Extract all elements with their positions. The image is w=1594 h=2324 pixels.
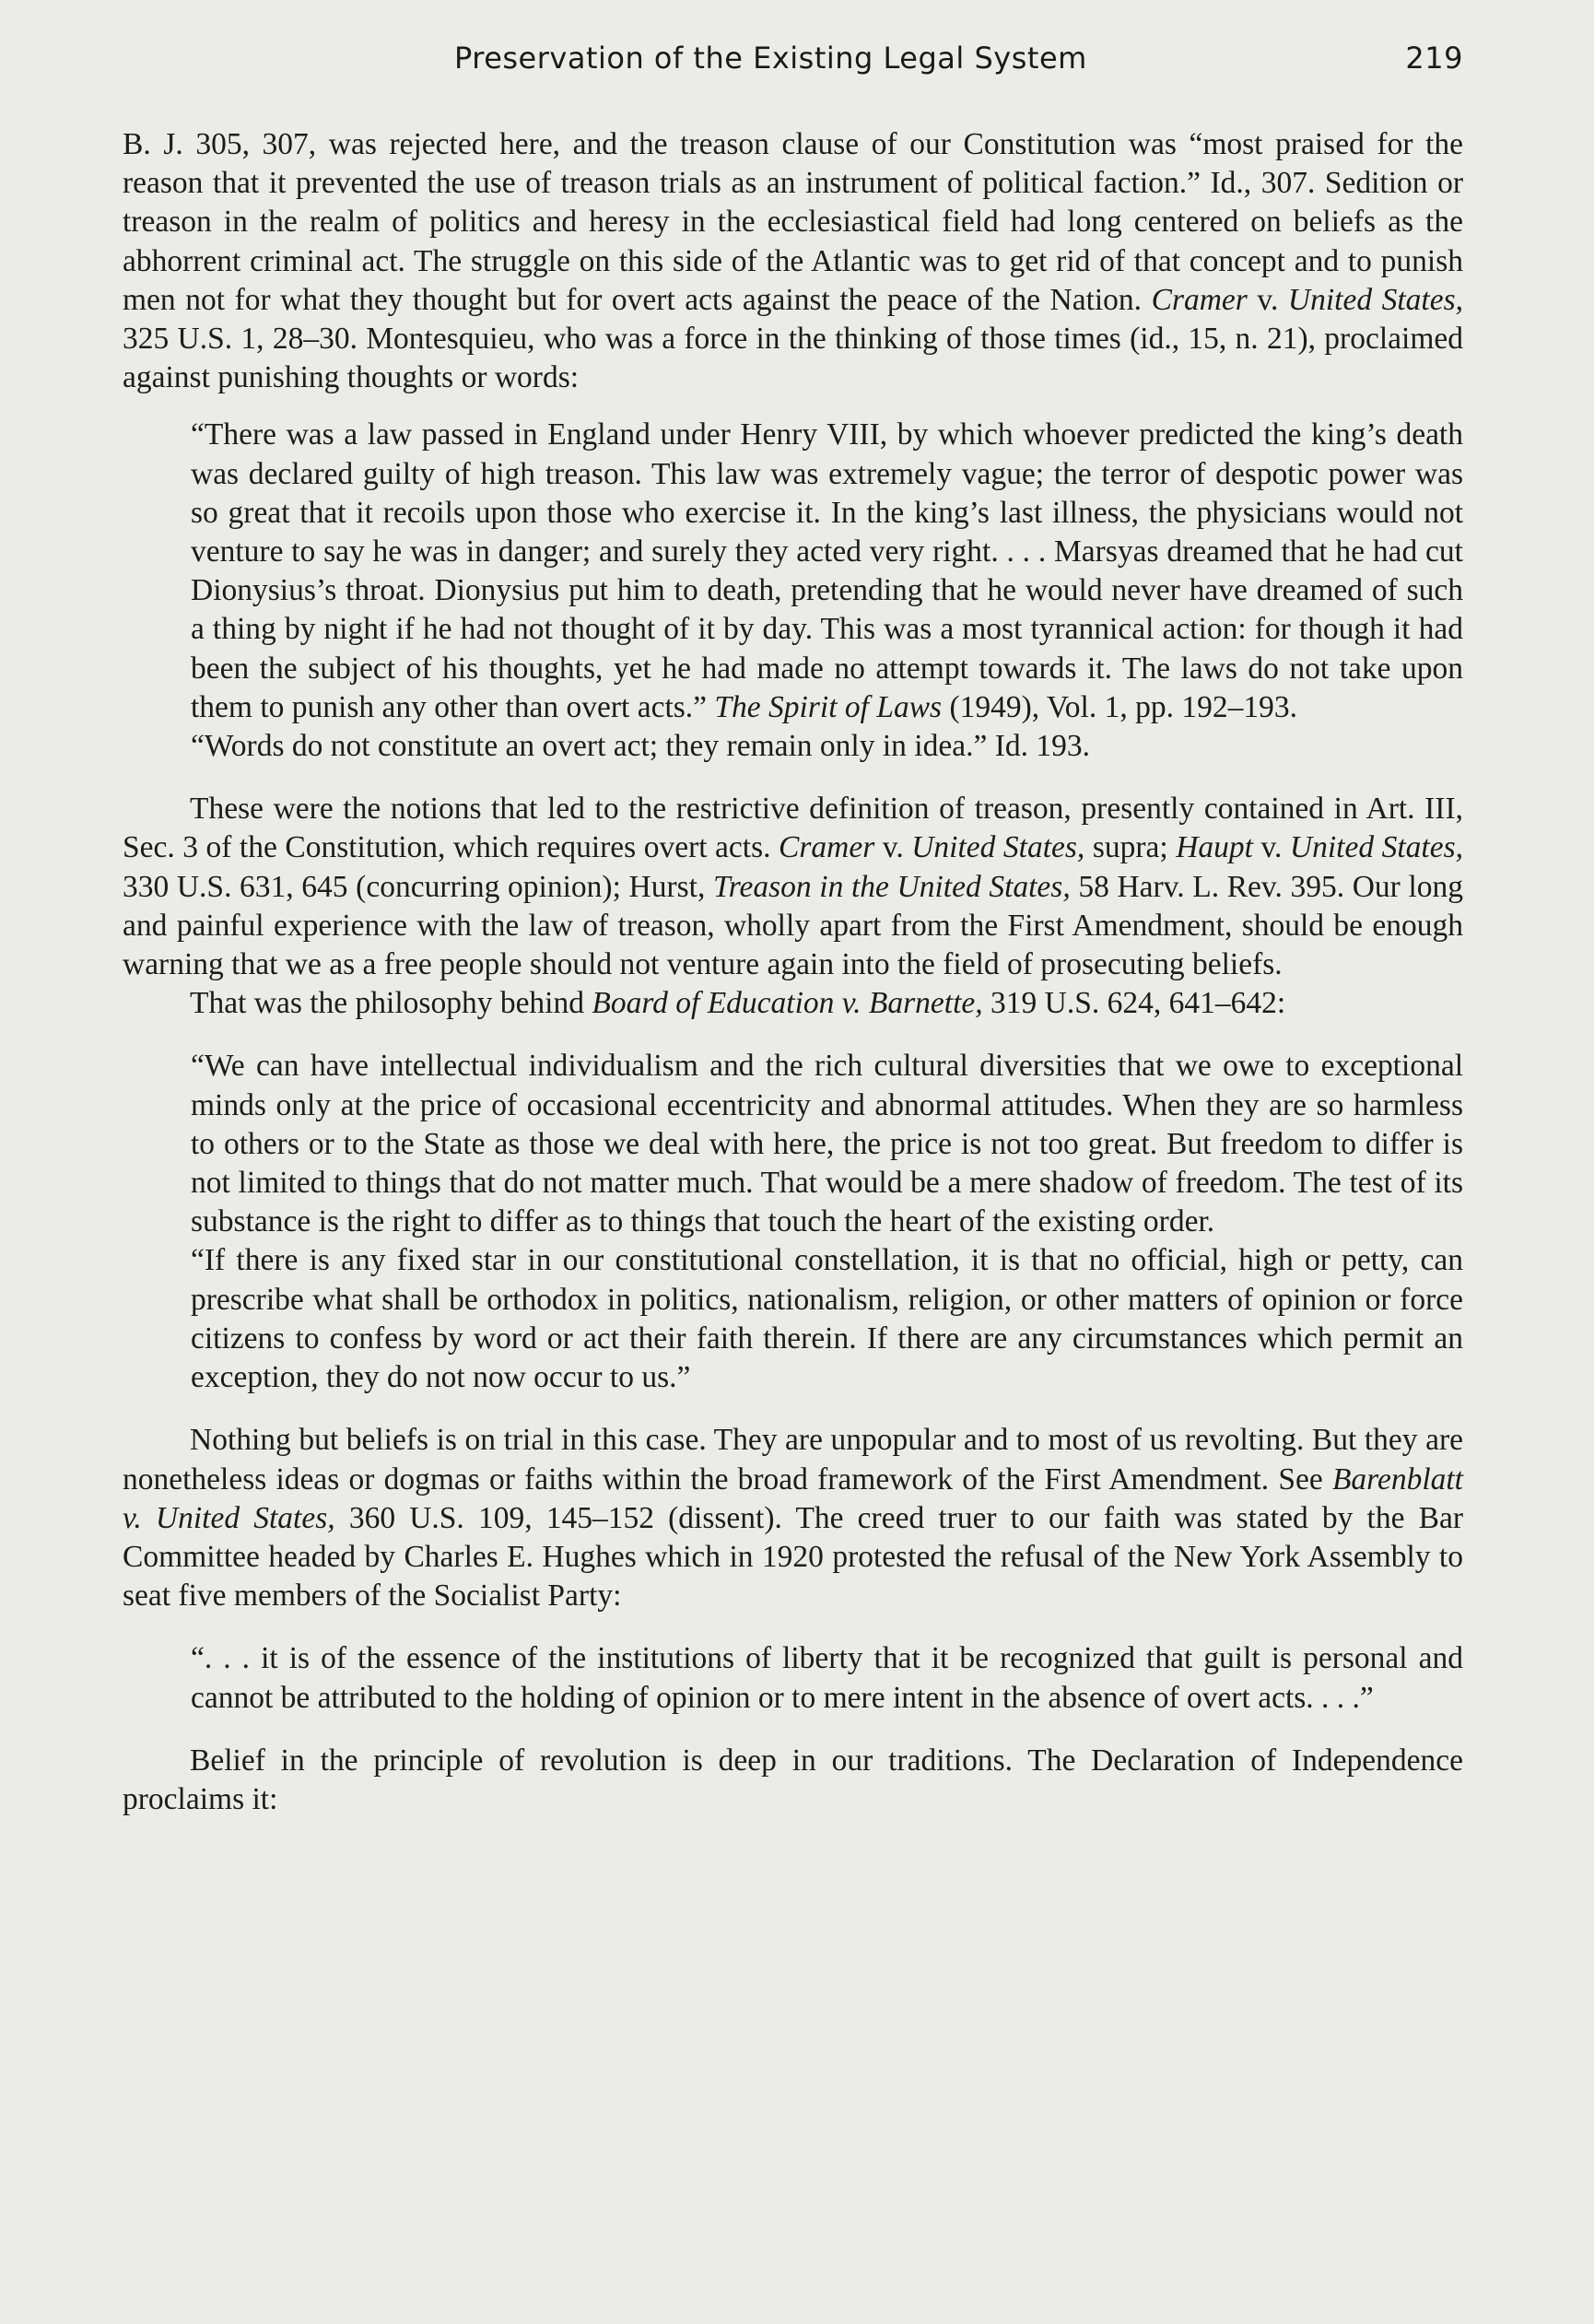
text-run: (1949), Vol. 1, pp. 192–193. (942, 690, 1297, 724)
text-run: “Words do not constitute an overt act; t… (191, 729, 1090, 763)
citation-italic: United States, (911, 830, 1084, 864)
paragraph: That was the philosophy behind Board of … (123, 984, 1463, 1023)
block-quote: “Words do not constitute an overt act; t… (191, 727, 1463, 766)
book-page: Preservation of the Existing Legal Syste… (0, 0, 1594, 2324)
text-run: “If there is any fixed star in our const… (191, 1243, 1463, 1394)
paragraph: B. J. 305, 307, was rejected here, and t… (123, 125, 1463, 397)
paragraph: Belief in the principle of revolution is… (123, 1742, 1463, 1819)
text-run: Nothing but beliefs is on trial in this … (123, 1423, 1463, 1496)
block-quote: “There was a law passed in England under… (191, 416, 1463, 727)
citation-italic: Haupt (1176, 830, 1253, 864)
running-head: Preservation of the Existing Legal Syste… (454, 41, 1463, 76)
text-run: 330 U.S. 631, 645 (concurring opinion); … (123, 870, 713, 904)
text-run: “There was a law passed in England under… (191, 417, 1463, 723)
text-run: “We can have intellectual individualism … (191, 1049, 1463, 1238)
text-run: v. (1253, 830, 1290, 864)
paragraph: Nothing but beliefs is on trial in this … (123, 1421, 1463, 1615)
citation-italic: Treason in the United States, (713, 870, 1071, 904)
text-run: Belief in the principle of revolution is… (123, 1743, 1463, 1816)
text-run: “. . . it is of the essence of the insti… (191, 1641, 1463, 1714)
text-run: supra; (1084, 830, 1176, 864)
running-head-title: Preservation of the Existing Legal Syste… (454, 41, 1087, 76)
citation-italic: The Spirit of Laws (714, 690, 942, 724)
text-run: 325 U.S. 1, 28–30. Montesquieu, who was … (123, 322, 1463, 394)
block-quote: “If there is any fixed star in our const… (191, 1241, 1463, 1397)
block-quote: “. . . it is of the essence of the insti… (191, 1639, 1463, 1717)
paragraph: These were the notions that led to the r… (123, 790, 1463, 984)
citation-italic: Cramer (779, 830, 874, 864)
text-run: v. (1248, 283, 1288, 317)
citation-italic: United States, (1288, 283, 1463, 317)
citation-italic: United States, (1290, 830, 1463, 864)
block-quote: “We can have intellectual individualism … (191, 1047, 1463, 1241)
citation-italic: Board of Education v. Barnette, (592, 986, 982, 1020)
citation-italic: Cramer (1152, 283, 1248, 317)
text-run: v. (874, 830, 911, 864)
page-number: 219 (1405, 41, 1463, 76)
text-run: That was the philosophy behind (190, 986, 592, 1020)
page-body: B. J. 305, 307, was rejected here, and t… (123, 125, 1463, 1819)
text-run: 319 U.S. 624, 641–642: (983, 986, 1286, 1020)
